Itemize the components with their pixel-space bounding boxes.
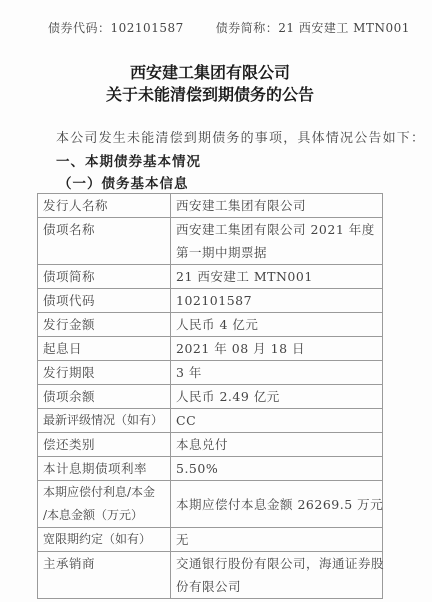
title-announcement: 关于未能清偿到期债务的公告 bbox=[0, 82, 426, 105]
row-value: 交通银行股份有限公司，海通证券股份有限公司 bbox=[171, 552, 383, 599]
bond-header: 债券代码：102101587债券简称：21 西安建工 MTN001 bbox=[48, 19, 410, 36]
bond-code-value: 102101587 bbox=[111, 21, 184, 35]
table-row: 宽限期约定（如有） 无 bbox=[38, 528, 383, 552]
table-row: 债项名称 西安建工集团有限公司 2021 年度第一期中期票据 bbox=[38, 218, 383, 265]
table-row: 发行期限 3 年 bbox=[38, 361, 383, 385]
row-key: 发行金额 bbox=[38, 313, 171, 337]
row-value: 5.50% bbox=[171, 457, 383, 481]
table-row: 最新评级情况（如有） CC bbox=[38, 409, 383, 433]
row-key: 发行人名称 bbox=[38, 194, 171, 218]
intro-paragraph: 本公司发生未能清偿到期债务的事项，具体情况公告如下： bbox=[56, 127, 425, 146]
row-value: 21 西安建工 MTN001 bbox=[171, 265, 383, 289]
table-row: 本期应偿付利息/本金/本息金额（万元） 本期应偿付本息金额 26269.5 万元 bbox=[38, 481, 383, 528]
row-value: 2021 年 08 月 18 日 bbox=[171, 337, 383, 361]
table-row: 起息日 2021 年 08 月 18 日 bbox=[38, 337, 383, 361]
bond-short-name-label: 债券简称： bbox=[216, 21, 279, 35]
row-value: 本息兑付 bbox=[171, 433, 383, 457]
row-key: 债项余额 bbox=[38, 385, 171, 409]
table-row: 债项代码 102101587 bbox=[38, 289, 383, 313]
bond-code-label: 债券代码： bbox=[48, 21, 111, 35]
section-heading-1: 一、本期债券基本情况 bbox=[56, 150, 201, 170]
row-value: 西安建工集团有限公司 bbox=[171, 194, 383, 218]
row-value: 3 年 bbox=[171, 361, 383, 385]
row-key: 发行期限 bbox=[38, 361, 171, 385]
table-row: 偿还类别 本息兑付 bbox=[38, 433, 383, 457]
row-value: 无 bbox=[171, 528, 383, 552]
debt-info-table: 发行人名称 西安建工集团有限公司 债项名称 西安建工集团有限公司 2021 年度… bbox=[37, 193, 383, 599]
table-row: 本计息期债项利率 5.50% bbox=[38, 457, 383, 481]
row-value: 102101587 bbox=[171, 289, 383, 313]
row-key: 起息日 bbox=[38, 337, 171, 361]
table-row: 发行金额 人民币 4 亿元 bbox=[38, 313, 383, 337]
row-value: 西安建工集团有限公司 2021 年度第一期中期票据 bbox=[171, 218, 383, 265]
row-key: 债项名称 bbox=[38, 218, 171, 265]
subsection-heading-1-1: （一）债务基本信息 bbox=[58, 172, 189, 192]
row-value: 人民币 4 亿元 bbox=[171, 313, 383, 337]
table-row: 债项余额 人民币 2.49 亿元 bbox=[38, 385, 383, 409]
row-key: 债项代码 bbox=[38, 289, 171, 313]
table-row: 债项简称 21 西安建工 MTN001 bbox=[38, 265, 383, 289]
row-key: 债项简称 bbox=[38, 265, 171, 289]
row-value: 人民币 2.49 亿元 bbox=[171, 385, 383, 409]
row-key: 宽限期约定（如有） bbox=[38, 528, 171, 552]
row-value: 本期应偿付本息金额 26269.5 万元 bbox=[171, 481, 383, 528]
row-key: 本期应偿付利息/本金/本息金额（万元） bbox=[38, 481, 171, 528]
title-company: 西安建工集团有限公司 bbox=[0, 60, 426, 83]
row-key: 偿还类别 bbox=[38, 433, 171, 457]
table-row: 发行人名称 西安建工集团有限公司 bbox=[38, 194, 383, 218]
table-row: 主承销商 交通银行股份有限公司，海通证券股份有限公司 bbox=[38, 552, 383, 599]
row-key: 最新评级情况（如有） bbox=[38, 409, 171, 433]
row-value: CC bbox=[171, 409, 383, 433]
row-key: 主承销商 bbox=[38, 552, 171, 599]
row-key: 本计息期债项利率 bbox=[38, 457, 171, 481]
bond-short-name-value: 21 西安建工 MTN001 bbox=[278, 21, 410, 35]
